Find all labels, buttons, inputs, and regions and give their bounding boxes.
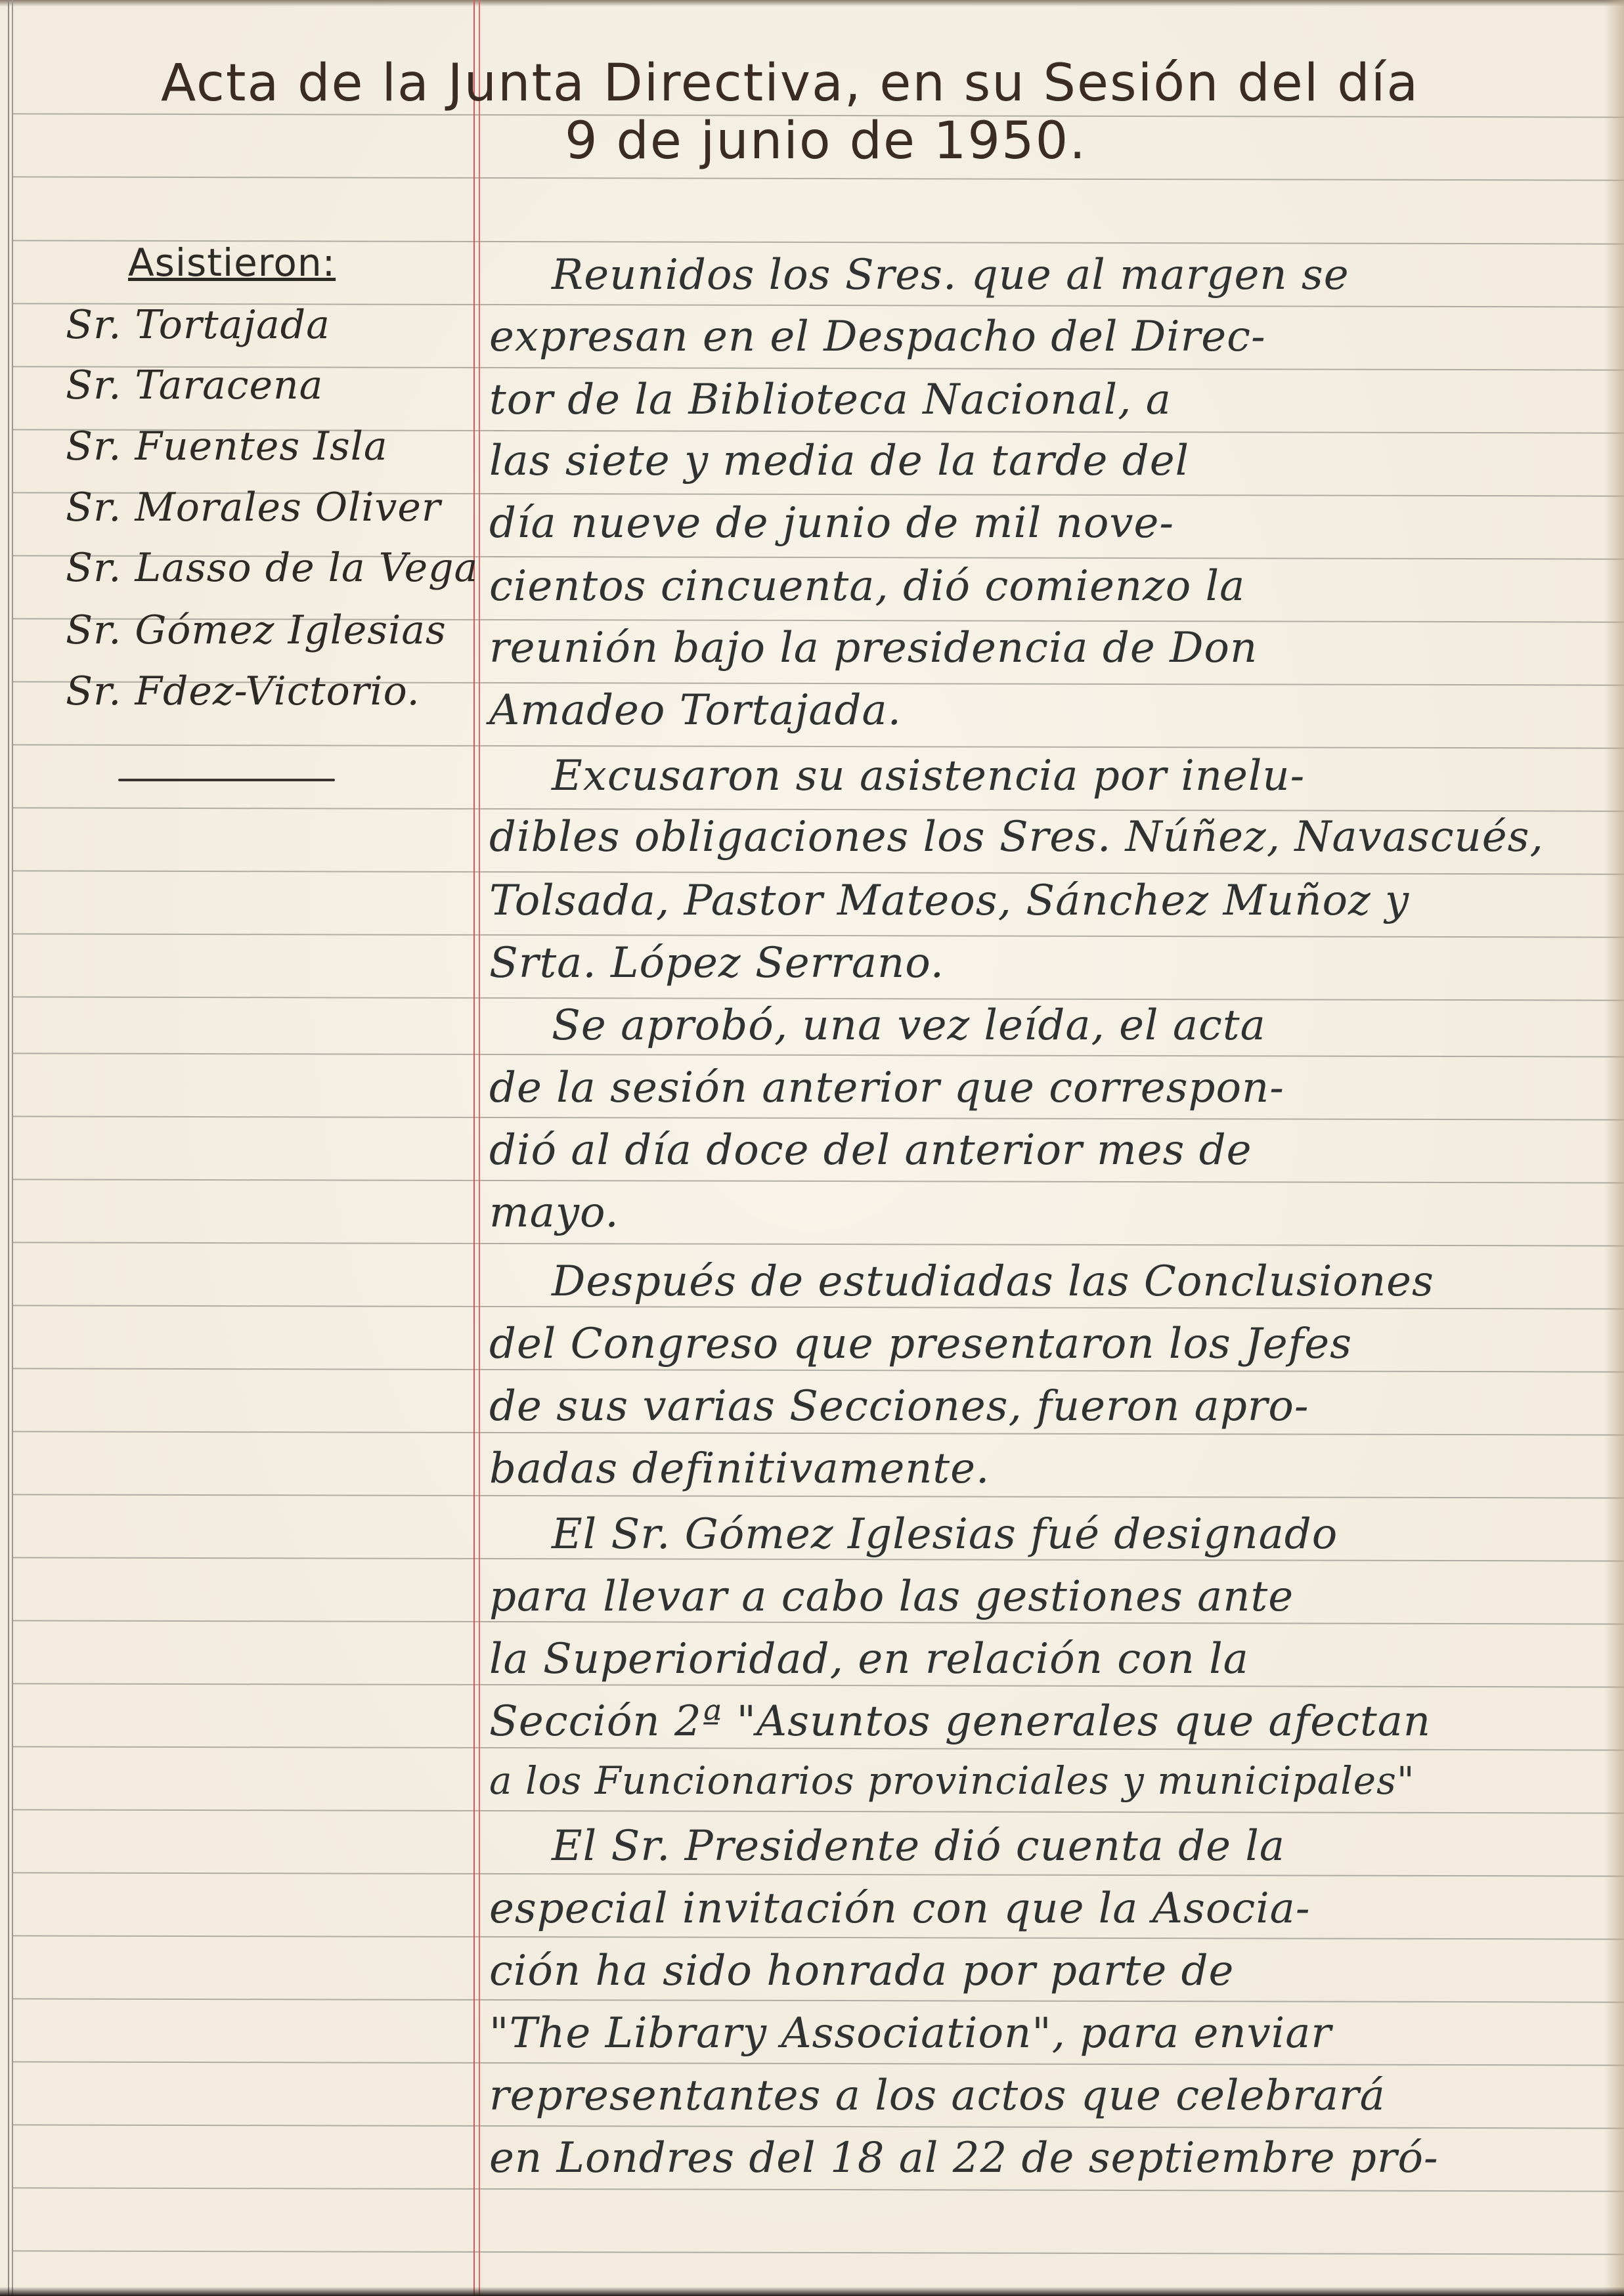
attendees-closing-rule	[118, 779, 335, 781]
rule-line	[13, 744, 1624, 748]
body-line: para llevar a cabo las gestiones ante	[489, 1572, 1294, 1621]
rule-line	[13, 1431, 1624, 1435]
rule-line	[13, 807, 1624, 812]
body-line: Amadeo Tortajada.	[489, 686, 902, 735]
left-border-line	[8, 0, 9, 2296]
red-margin-line	[473, 0, 475, 2296]
body-line: cientos cincuenta, dió comienzo la	[489, 562, 1245, 611]
rule-line	[13, 176, 1624, 181]
body-line: Srta. López Serrano.	[489, 939, 944, 987]
document-title-line-1: Acta de la Junta Directiva, en su Sesión…	[161, 54, 1419, 113]
rule-line	[13, 1116, 1624, 1120]
rule-line	[13, 1998, 1624, 2003]
body-line: en Londres del 18 al 22 de septiembre pr…	[489, 2134, 1439, 2182]
body-line: "The Library Association", para enviar	[489, 2009, 1332, 2058]
page-bottom-edge	[0, 2287, 1624, 2296]
rule-line	[13, 1872, 1624, 1876]
body-line: El Sr. Gómez Iglesias fué designado	[552, 1510, 1338, 1559]
rule-line	[13, 1052, 1624, 1057]
body-line: las siete y media de la tarde del	[489, 437, 1189, 485]
body-line: dibles obligaciones los Sres. Núñez, Nav…	[489, 813, 1544, 861]
body-line: día nueve de junio de mil nove-	[489, 499, 1174, 548]
attendee-name: Sr. Fdez-Victorio.	[66, 668, 420, 714]
body-line: badas definitivamente.	[489, 1444, 990, 1493]
body-line: la Superioridad, en relación con la	[489, 1635, 1249, 1683]
body-line: especial invitación con que la Asocia-	[489, 1884, 1310, 1933]
body-line: a los Funcionarios provinciales y munici…	[489, 1758, 1415, 1803]
body-line: Se aprobó, una vez leída, el acta	[552, 1001, 1266, 1050]
rule-line	[13, 1179, 1624, 1183]
rule-line	[13, 1242, 1624, 1246]
attendee-name: Sr. Lasso de la Vega	[66, 545, 478, 591]
body-line: del Congreso que presentaron los Jefes	[489, 1320, 1352, 1368]
body-line: representantes a los actos que celebrará	[489, 2071, 1386, 2120]
body-line: Reunidos los Sres. que al margen se	[552, 251, 1350, 299]
attendee-name: Sr. Tortajada	[66, 302, 330, 348]
rule-line	[13, 870, 1624, 875]
rule-line	[13, 1746, 1624, 1750]
page-right-edge	[1604, 0, 1624, 2296]
rule-line	[13, 2124, 1624, 2129]
rule-line	[13, 2250, 1624, 2255]
rule-line	[13, 1494, 1624, 1498]
rule-line	[13, 1809, 1624, 1813]
attendee-name: Sr. Fuentes Isla	[66, 423, 388, 469]
rule-line	[13, 2061, 1624, 2066]
body-line: ción ha sido honrada por parte de	[489, 1947, 1234, 1995]
body-line: de la sesión anterior que correspon-	[489, 1064, 1284, 1112]
rule-line	[13, 1683, 1624, 1687]
rule-line	[13, 1935, 1624, 1939]
red-margin-line-inner	[479, 0, 480, 2296]
ledger-page: Acta de la Junta Directiva, en su Sesión…	[0, 0, 1624, 2296]
body-line: mayo.	[489, 1188, 619, 1237]
body-line: Después de estudiadas las Conclusiones	[552, 1257, 1434, 1306]
body-line: tor de la Biblioteca Nacional, a	[489, 376, 1172, 424]
body-line: de sus varias Secciones, fueron apro-	[489, 1382, 1309, 1431]
rule-line	[13, 996, 1624, 1001]
rule-line	[13, 933, 1624, 938]
body-line: El Sr. Presidente dió cuenta de la	[552, 1822, 1285, 1871]
rule-line	[13, 2187, 1624, 2192]
attendee-name: Sr. Gómez Iglesias	[66, 607, 447, 653]
attendee-name: Sr. Taracena	[66, 362, 323, 408]
body-line: dió al día doce del anterior mes de	[489, 1126, 1252, 1175]
body-line: Sección 2ª "Asuntos generales que afecta…	[489, 1697, 1431, 1746]
body-line: Excusaron su asistencia por inelu-	[552, 752, 1305, 800]
body-line: Tolsada, Pastor Mateos, Sánchez Muñoz y	[489, 877, 1409, 925]
rule-line	[13, 1368, 1624, 1372]
document-title-line-2: 9 de junio de 1950.	[565, 112, 1087, 171]
body-line: reunión bajo la presidencia de Don	[489, 624, 1258, 672]
attendees-heading: Asistieron:	[128, 240, 336, 285]
attendee-name: Sr. Morales Oliver	[66, 485, 441, 531]
body-line: expresan en el Despacho del Direc-	[489, 313, 1266, 361]
